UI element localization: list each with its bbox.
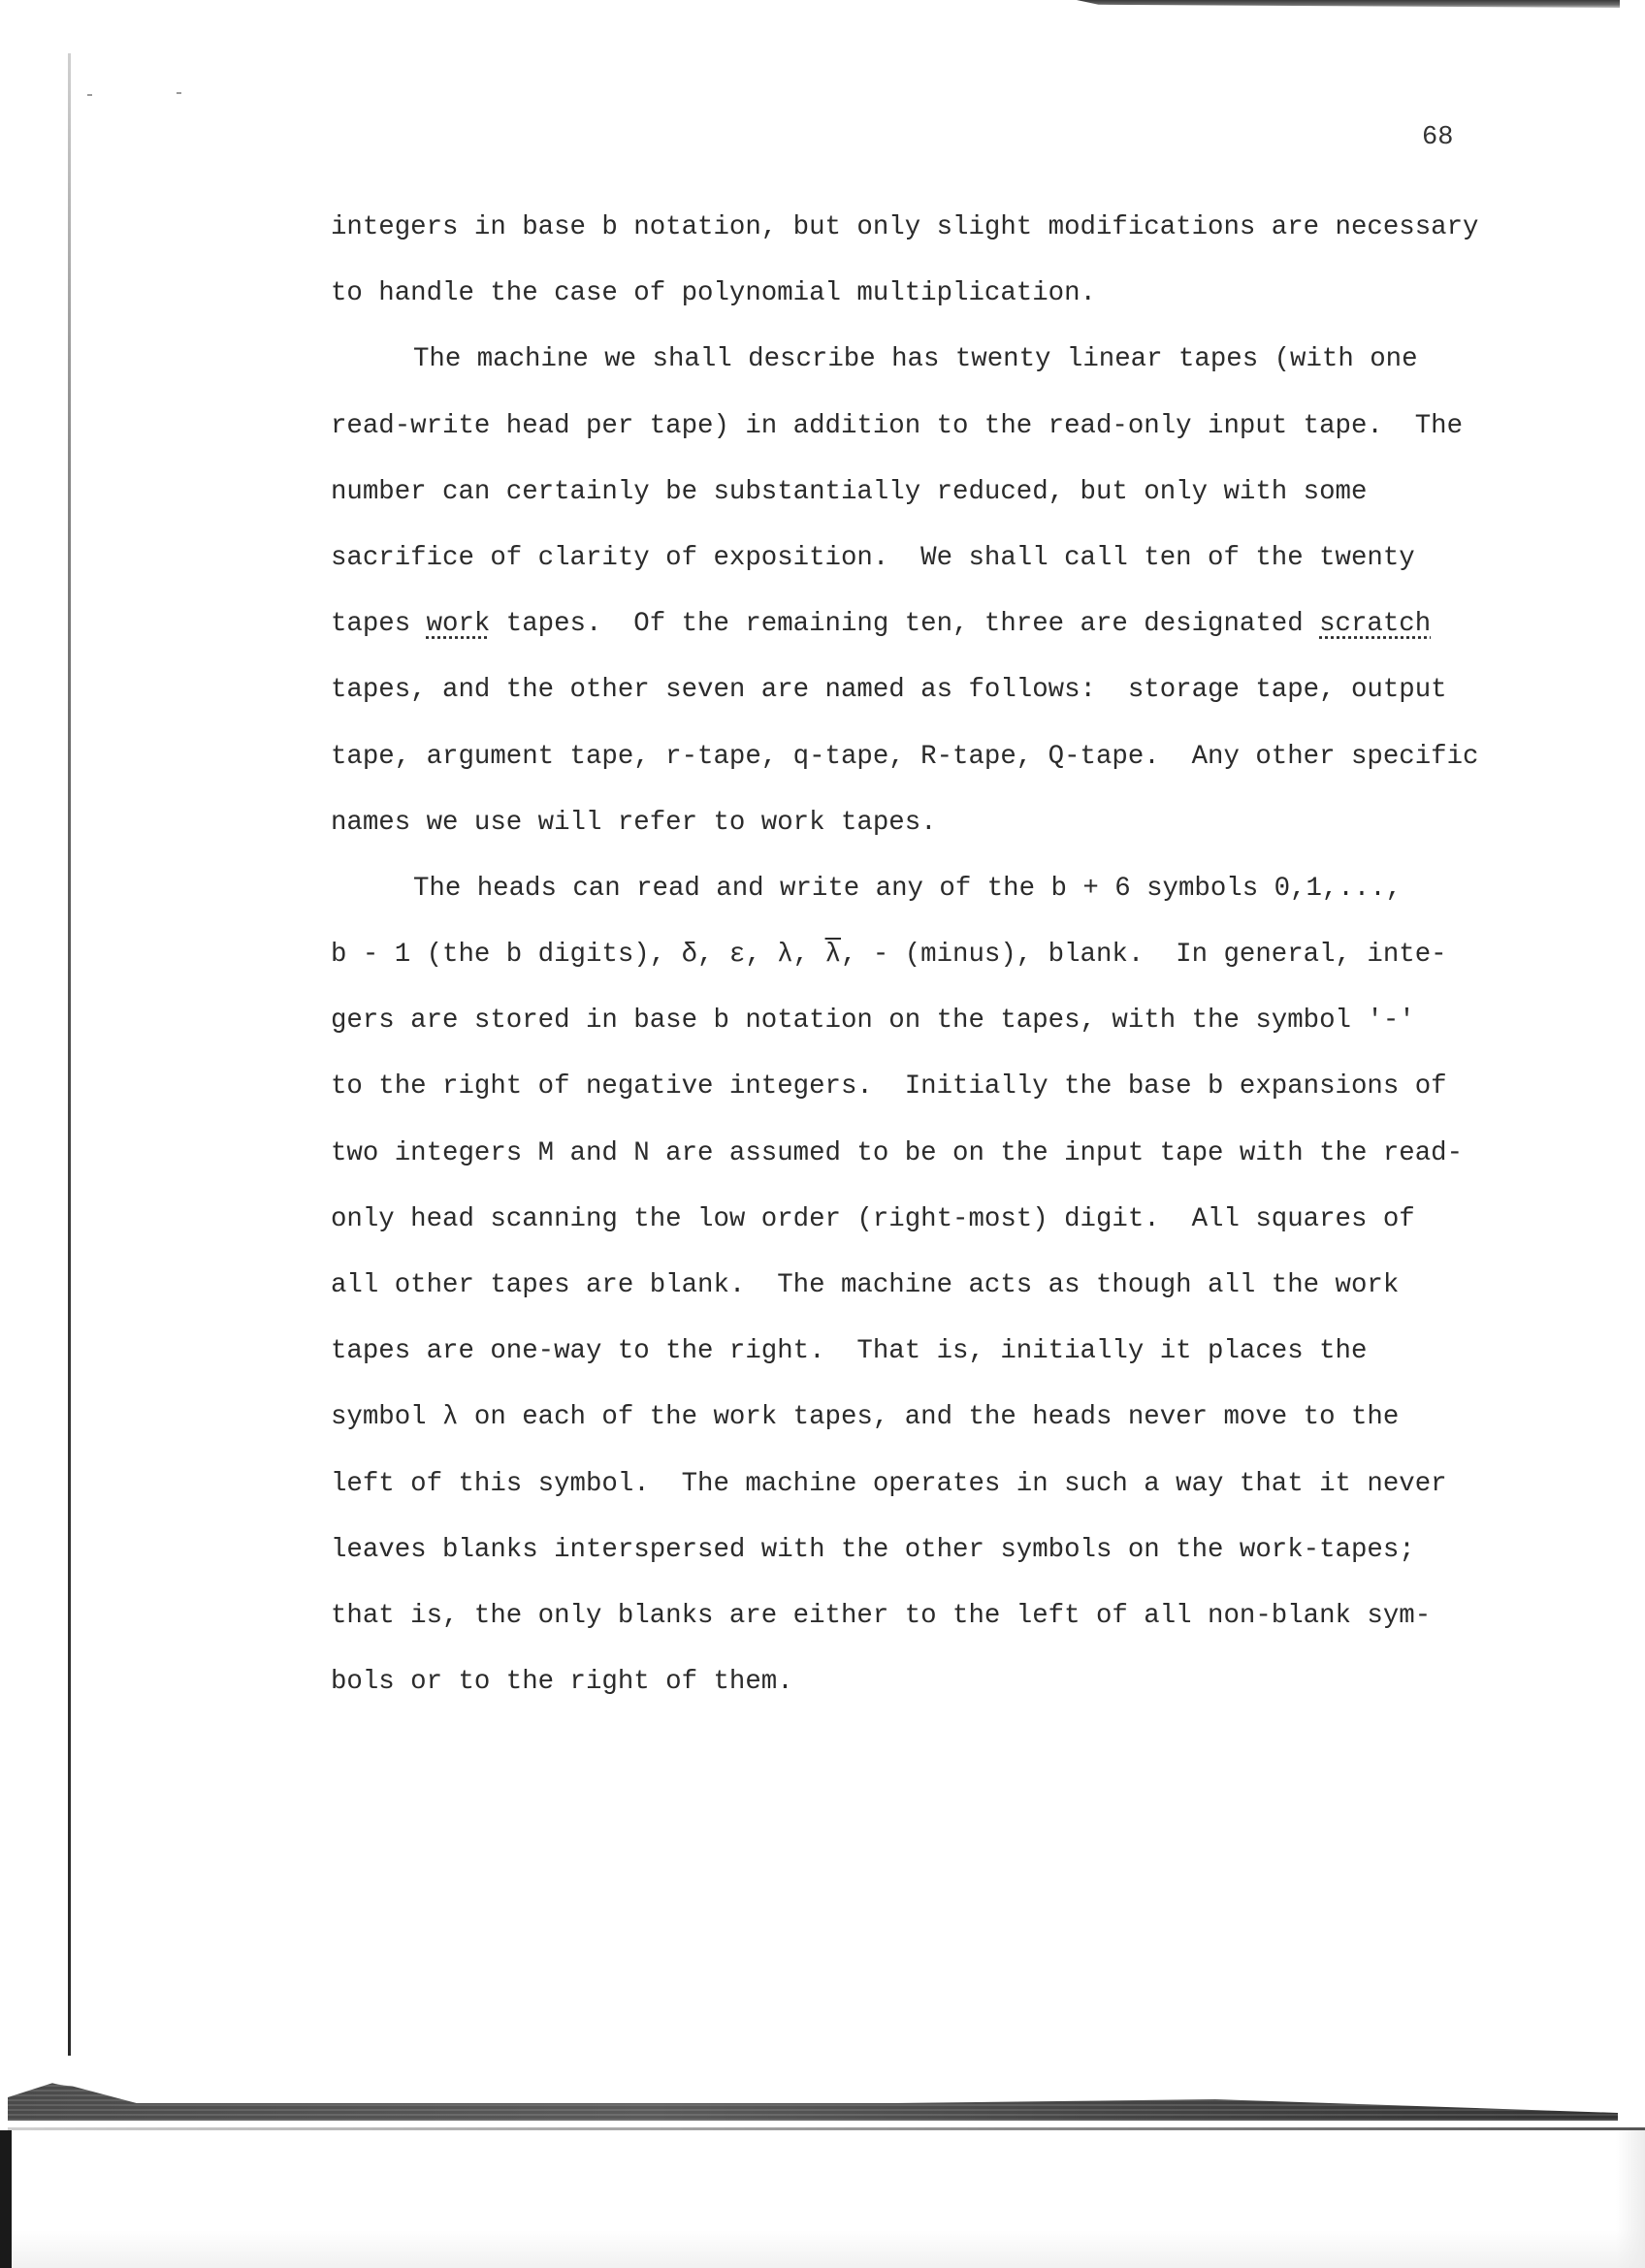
scan-speck xyxy=(87,94,92,96)
text-line: integers in base b notation, but only sl… xyxy=(331,208,1553,274)
text-line: to the right of negative integers. Initi… xyxy=(331,1068,1553,1134)
scanned-page: 68 integers in base b notation, but only… xyxy=(0,0,1645,2268)
body-text: integers in base b notation, but only sl… xyxy=(331,208,1553,1729)
bottom-copy-edge-band xyxy=(8,2082,1618,2121)
text-line: b - 1 (the b digits), δ, ε, λ, λ, - (min… xyxy=(331,936,1553,1002)
binding-flare xyxy=(8,2056,144,2094)
text-fragment: tapes xyxy=(331,609,427,639)
left-binding-line xyxy=(68,53,71,2060)
text-line: sacrifice of clarity of exposition. We s… xyxy=(331,539,1553,605)
text-line: all other tapes are blank. The machine a… xyxy=(331,1266,1553,1332)
page-number: 68 xyxy=(1422,122,1453,153)
underlined-term-scratch: scratch xyxy=(1319,609,1431,639)
text-line: tapes work tapes. Of the remaining ten, … xyxy=(331,605,1553,671)
text-line: left of this symbol. The machine operate… xyxy=(331,1465,1553,1531)
text-line: tapes, and the other seven are named as … xyxy=(331,671,1553,737)
bottom-left-dark-edge xyxy=(0,2130,12,2268)
text-line: names we use will refer to work tapes. xyxy=(331,804,1553,870)
text-fragment: tapes. Of the remaining ten, three are d… xyxy=(490,609,1319,639)
text-line: to handle the case of polynomial multipl… xyxy=(331,274,1553,340)
paragraph-start-line: The machine we shall describe has twenty… xyxy=(331,340,1553,406)
text-line: bols or to the right of them. xyxy=(331,1663,1553,1729)
right-edge-shadow xyxy=(1616,2130,1645,2268)
text-line: tape, argument tape, r-tape, q-tape, R-t… xyxy=(331,738,1553,804)
text-line: leaves blanks interspersed with the othe… xyxy=(331,1531,1553,1597)
text-line: tapes are one-way to the right. That is,… xyxy=(331,1332,1553,1398)
text-line: symbol λ on each of the work tapes, and … xyxy=(331,1398,1553,1464)
bottom-shadow-line xyxy=(8,2127,1645,2130)
text-fragment: b - 1 (the b digits), δ, ε, λ, xyxy=(331,940,825,970)
bottom-margin xyxy=(12,2230,1645,2268)
paragraph-start-line: The heads can read and write any of the … xyxy=(331,870,1553,936)
top-copy-edge xyxy=(1077,0,1620,8)
text-line: two integers M and N are assumed to be o… xyxy=(331,1134,1553,1200)
underlined-term-work: work xyxy=(427,609,491,639)
text-fragment: , - (minus), blank. In general, inte- xyxy=(841,940,1447,970)
text-line: only head scanning the low order (right-… xyxy=(331,1200,1553,1266)
text-line: number can certainly be substantially re… xyxy=(331,473,1553,539)
text-line: gers are stored in base b notation on th… xyxy=(331,1002,1553,1068)
scan-speck xyxy=(177,92,181,94)
text-line: read-write head per tape) in addition to… xyxy=(331,407,1553,473)
lambda-bar-symbol: λ xyxy=(825,940,841,970)
text-line: that is, the only blanks are either to t… xyxy=(331,1597,1553,1663)
